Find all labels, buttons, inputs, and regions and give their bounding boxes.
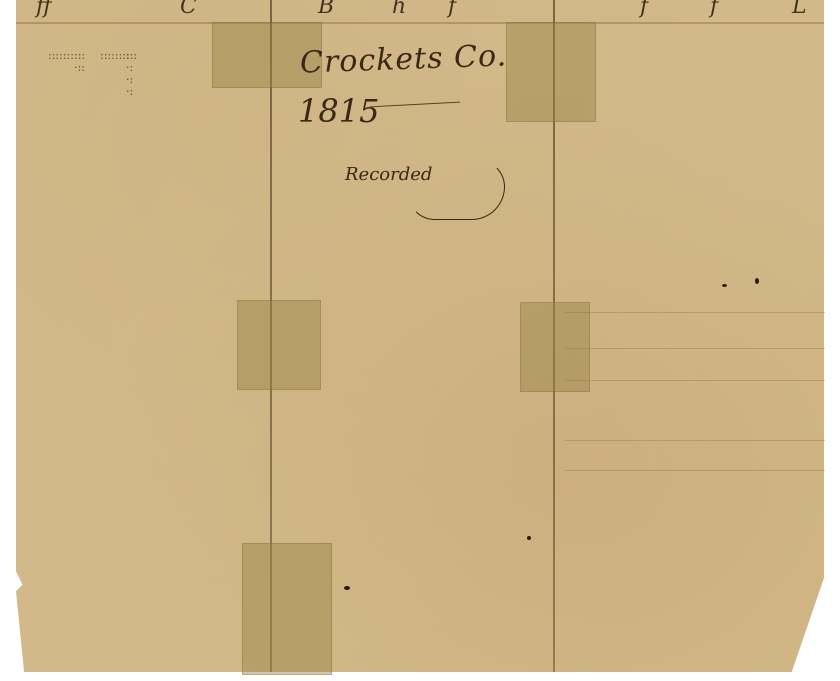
ink-spot [344, 586, 350, 590]
tape-repair [520, 302, 590, 392]
tape-repair [506, 22, 596, 122]
recorded-flourish [408, 160, 505, 220]
tape-repair [237, 300, 321, 390]
top-fragment: B [318, 0, 334, 19]
horizontal-fold-line [16, 22, 824, 24]
ruled-line [565, 470, 825, 471]
docket-year: 1815 [298, 92, 379, 130]
tally-column: :::·:: [74, 50, 80, 74]
top-fragment: L [792, 0, 807, 19]
top-fragment: f [710, 0, 718, 19]
ruled-line [565, 312, 825, 313]
ink-spot [755, 278, 759, 284]
ruled-line [565, 380, 825, 381]
top-fragment: h [392, 0, 406, 19]
tape-repair [242, 543, 332, 675]
top-fragment: f [448, 0, 456, 19]
ink-spot [722, 284, 727, 287]
tally-column: :::::::::: [100, 50, 106, 62]
top-fragment: f [640, 0, 648, 19]
top-fragment: C [180, 0, 197, 19]
ink-spot [527, 536, 531, 540]
docket-title: Crockets Co. [299, 38, 507, 80]
top-fragment: ﬀ [36, 0, 52, 19]
ruled-line [565, 440, 825, 441]
ruled-line [565, 348, 825, 349]
tally-column: :·:·:·: [126, 50, 132, 98]
tally-column: ::::::: [48, 50, 54, 62]
margin-tally-notes: ::::::: :::·:: :::::::::: :·:·:·: [30, 50, 150, 280]
